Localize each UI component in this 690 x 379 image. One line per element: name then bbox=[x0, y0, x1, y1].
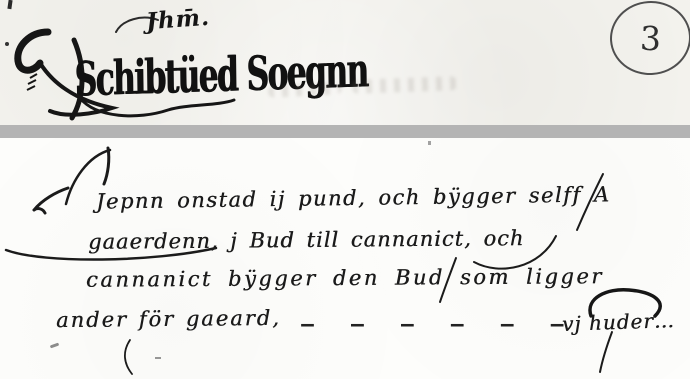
page-number-text: 3 bbox=[639, 18, 661, 58]
scan-divider bbox=[0, 125, 690, 138]
manuscript-page: Jhm̄. Schibtüed Soegnn 3 Jepnn onstad i bbox=[0, 0, 690, 379]
ink-speck bbox=[428, 141, 431, 145]
edge-ink-speck bbox=[5, 42, 9, 46]
ink-speck bbox=[155, 357, 161, 359]
body-strip bbox=[0, 138, 690, 379]
header-strip: Jhm̄. Schibtüed Soegnn 3 bbox=[0, 0, 690, 125]
manuscript-line: cannanict bÿgger den Bud som ligger bbox=[86, 264, 604, 292]
section-title: Schibtüed Soegnn bbox=[74, 43, 368, 108]
bleedthrough-smudge bbox=[352, 76, 457, 94]
manuscript-line: ander för gaeard, bbox=[56, 306, 281, 332]
filler-dashes: ‒ ‒ ‒ ‒ ‒ ‒ bbox=[300, 311, 564, 336]
monogram-text: Jhm̄. bbox=[145, 4, 211, 35]
manuscript-line: gaaerdenn, j Bud till cannanict, och bbox=[88, 226, 525, 254]
rent-value: vj huder… bbox=[562, 308, 676, 336]
edge-ink-speck bbox=[7, 0, 12, 9]
page-number-badge: 3 bbox=[608, 0, 690, 78]
